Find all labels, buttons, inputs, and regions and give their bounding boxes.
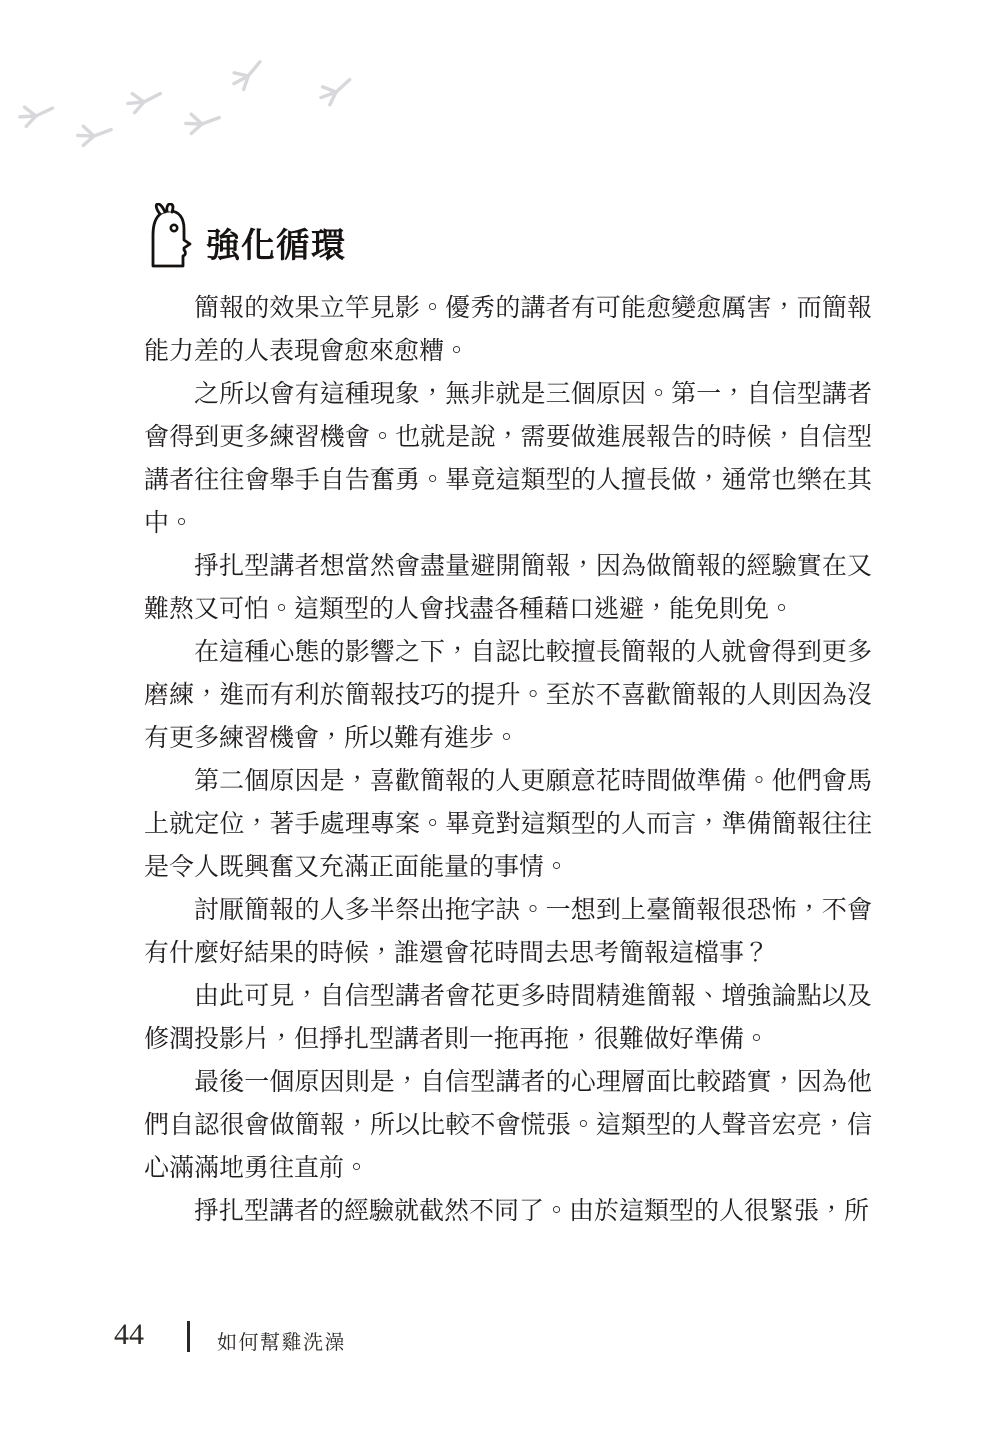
- paragraph: 在這種心態的影響之下，自認比較擅長簡報的人就會得到更多磨練，進而有利於簡報技巧的…: [144, 631, 872, 760]
- paragraph: 第二個原因是，喜歡簡報的人更願意花時間做準備。他們會馬上就定位，著手處理專案。畢…: [144, 760, 872, 889]
- page-number: 44: [114, 1318, 144, 1352]
- chicken-footprint-icon: [125, 85, 162, 117]
- body-text: 簡報的效果立竿見影。優秀的講者有可能愈變愈厲害，而簡報能力差的人表現會愈來愈糟。…: [144, 287, 872, 1233]
- chicken-footprint-icon: [17, 99, 55, 132]
- paragraph: 最後一個原因則是，自信型講者的心理層面比較踏實，因為他們自認很會做簡報，所以比較…: [144, 1061, 872, 1190]
- paragraph: 掙扎型講者想當然會盡量避開簡報，因為做簡報的經驗實在又難熬又可怕。這類型的人會找…: [144, 545, 872, 631]
- book-page: 強化循環 簡報的效果立竿見影。優秀的講者有可能愈變愈厲害，而簡報能力差的人表現會…: [0, 0, 1000, 1440]
- paragraph: 簡報的效果立竿見影。優秀的講者有可能愈變愈厲害，而簡報能力差的人表現會愈來愈糟。: [144, 287, 872, 373]
- paragraph: 討厭簡報的人多半祭出拖字訣。一想到上臺簡報很恐怖，不會有什麼好結果的時候，誰還會…: [144, 889, 872, 975]
- chicken-footprint-icon: [182, 105, 222, 141]
- chicken-footprint-icon: [74, 117, 114, 153]
- section-title: 強化循環: [206, 229, 346, 263]
- footer-divider: [187, 1321, 190, 1352]
- paragraph: 掙扎型講者的經驗就截然不同了。由於這類型的人很緊張，所: [144, 1190, 872, 1233]
- chicken-icon: [146, 203, 192, 269]
- book-title: 如何幫雞洗澡: [217, 1326, 346, 1355]
- chicken-footprint-icon: [226, 55, 271, 97]
- chicken-footprint-icon: [315, 72, 357, 110]
- paragraph: 之所以會有這種現象，無非就是三個原因。第一，自信型講者會得到更多練習機會。也就是…: [144, 373, 872, 545]
- section-header: 強化循環: [146, 203, 346, 269]
- paragraph: 由此可見，自信型講者會花更多時間精進簡報、增強論點以及修潤投影片，但掙扎型講者則…: [144, 975, 872, 1061]
